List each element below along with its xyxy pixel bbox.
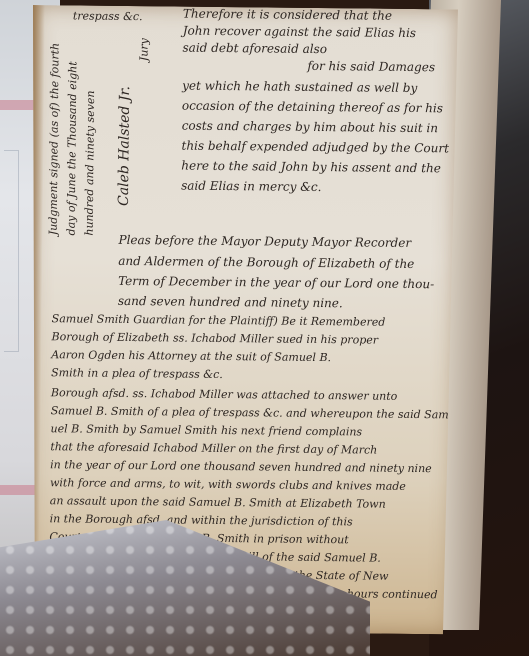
jury-note: Jury <box>137 38 150 61</box>
red-tag-strip <box>0 485 40 495</box>
faint-grid-lines <box>4 150 19 352</box>
margin-top-note: trespass &c. <box>73 9 143 23</box>
margin-vertical-note: Judgment signed (as of) the fourth day o… <box>45 43 101 236</box>
clerk-signature: Caleb Halsted Jr. <box>116 86 133 206</box>
